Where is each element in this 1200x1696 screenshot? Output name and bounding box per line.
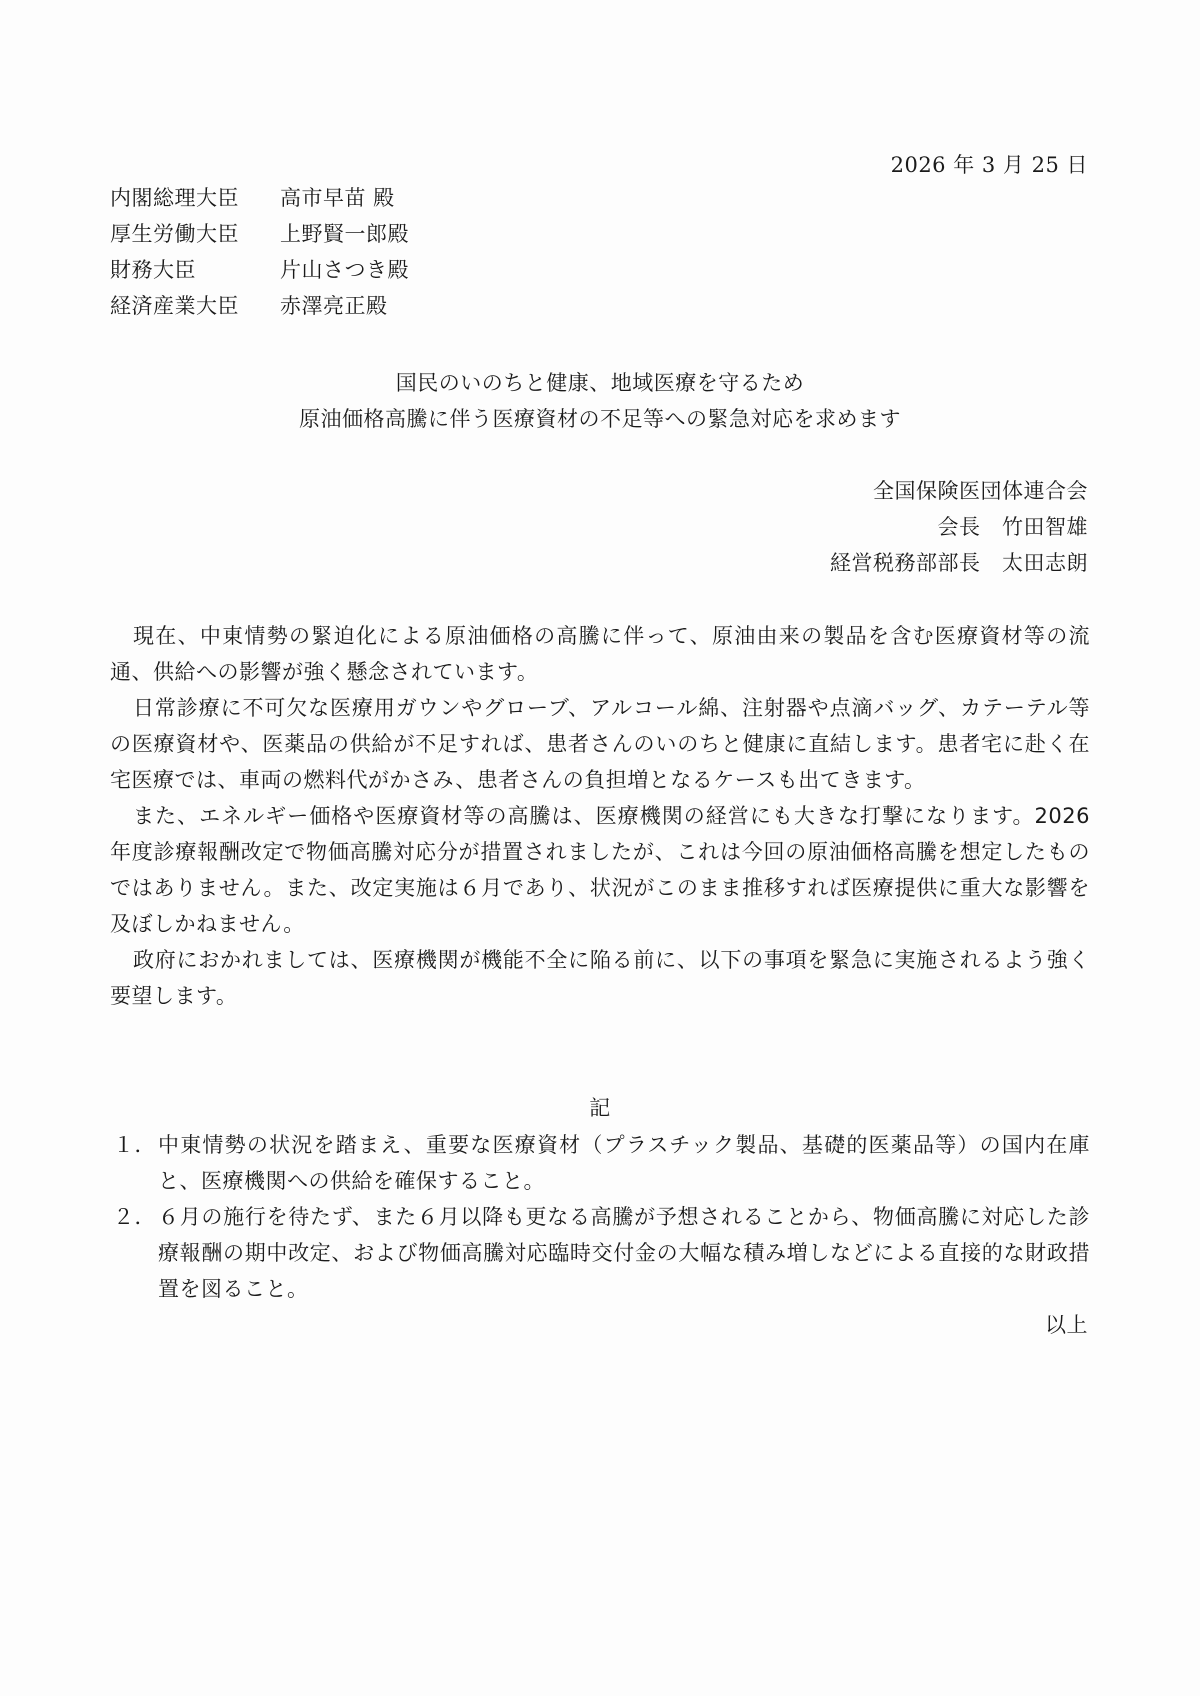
addressee-name: 上野賢一郎殿 <box>280 219 409 255</box>
body-paragraph: また、エネルギー価格や医療資材等の高騰は、医療機関の経営にも大きな打撃になります… <box>110 798 1090 942</box>
addressee-role: 財務大臣 <box>110 255 280 291</box>
sender-organization: 全国保険医団体連合会 <box>830 475 1088 511</box>
document-date: 2026 年 3 月 25 日 <box>891 150 1088 180</box>
body-paragraph: 政府におかれましては、医療機関が機能不全に陥る前に、以下の事項を緊急に実施される… <box>110 942 1090 1014</box>
sender-president: 会長 竹田智雄 <box>830 511 1088 547</box>
title-line-1: 国民のいのちと健康、地域医療を守るため <box>0 367 1200 403</box>
sender-block: 全国保険医団体連合会 会長 竹田智雄 経営税務部部長 太田志朗 <box>830 475 1088 583</box>
document-page: 2026 年 3 月 25 日 内閣総理大臣 高市早苗 殿 厚生労働大臣 上野賢… <box>0 0 1200 1696</box>
addressee-prime-minister: 内閣総理大臣 高市早苗 殿 <box>110 183 409 219</box>
request-text: 中東情勢の状況を踏まえ、重要な医療資材（プラスチック製品、基礎的医薬品等）の国内… <box>158 1127 1090 1199</box>
body-paragraph: 日常診療に不可欠な医療用ガウンやグローブ、アルコール綿、注射器や点滴バッグ、カテ… <box>110 690 1090 798</box>
request-number: ２． <box>113 1199 158 1307</box>
addressee-health-minister: 厚生労働大臣 上野賢一郎殿 <box>110 219 409 255</box>
request-text: ６月の施行を待たず、また６月以降も更なる高騰が予想されることから、物価高騰に対応… <box>158 1199 1090 1307</box>
addressee-role: 内閣総理大臣 <box>110 183 280 219</box>
closing-mark: 以上 <box>1045 1310 1088 1340</box>
addressee-name: 赤澤亮正殿 <box>280 291 388 327</box>
request-item: １． 中東情勢の状況を踏まえ、重要な医療資材（プラスチック製品、基礎的医薬品等）… <box>113 1127 1090 1199</box>
request-number: １． <box>113 1127 158 1199</box>
body-paragraph: 現在、中東情勢の緊迫化による原油価格の高騰に伴って、原油由来の製品を含む医療資材… <box>110 618 1090 690</box>
addressee-name: 高市早苗 殿 <box>280 183 395 219</box>
addressee-name: 片山さつき殿 <box>280 255 409 291</box>
document-title: 国民のいのちと健康、地域医療を守るため 原油価格高騰に伴う医療資材の不足等への緊… <box>0 367 1200 439</box>
record-heading: 記 <box>0 1093 1200 1123</box>
addressee-economy-minister: 経済産業大臣 赤澤亮正殿 <box>110 291 409 327</box>
addressee-role: 厚生労働大臣 <box>110 219 280 255</box>
title-line-2: 原油価格高騰に伴う医療資材の不足等への緊急対応を求めます <box>0 403 1200 439</box>
addressee-role: 経済産業大臣 <box>110 291 280 327</box>
document-body: 現在、中東情勢の緊迫化による原油価格の高騰に伴って、原油由来の製品を含む医療資材… <box>110 618 1090 1014</box>
request-list: １． 中東情勢の状況を踏まえ、重要な医療資材（プラスチック製品、基礎的医薬品等）… <box>113 1127 1090 1307</box>
addressee-list: 内閣総理大臣 高市早苗 殿 厚生労働大臣 上野賢一郎殿 財務大臣 片山さつき殿 … <box>110 183 409 327</box>
sender-department-head: 経営税務部部長 太田志朗 <box>830 547 1088 583</box>
addressee-finance-minister: 財務大臣 片山さつき殿 <box>110 255 409 291</box>
request-item: ２． ６月の施行を待たず、また６月以降も更なる高騰が予想されることから、物価高騰… <box>113 1199 1090 1307</box>
